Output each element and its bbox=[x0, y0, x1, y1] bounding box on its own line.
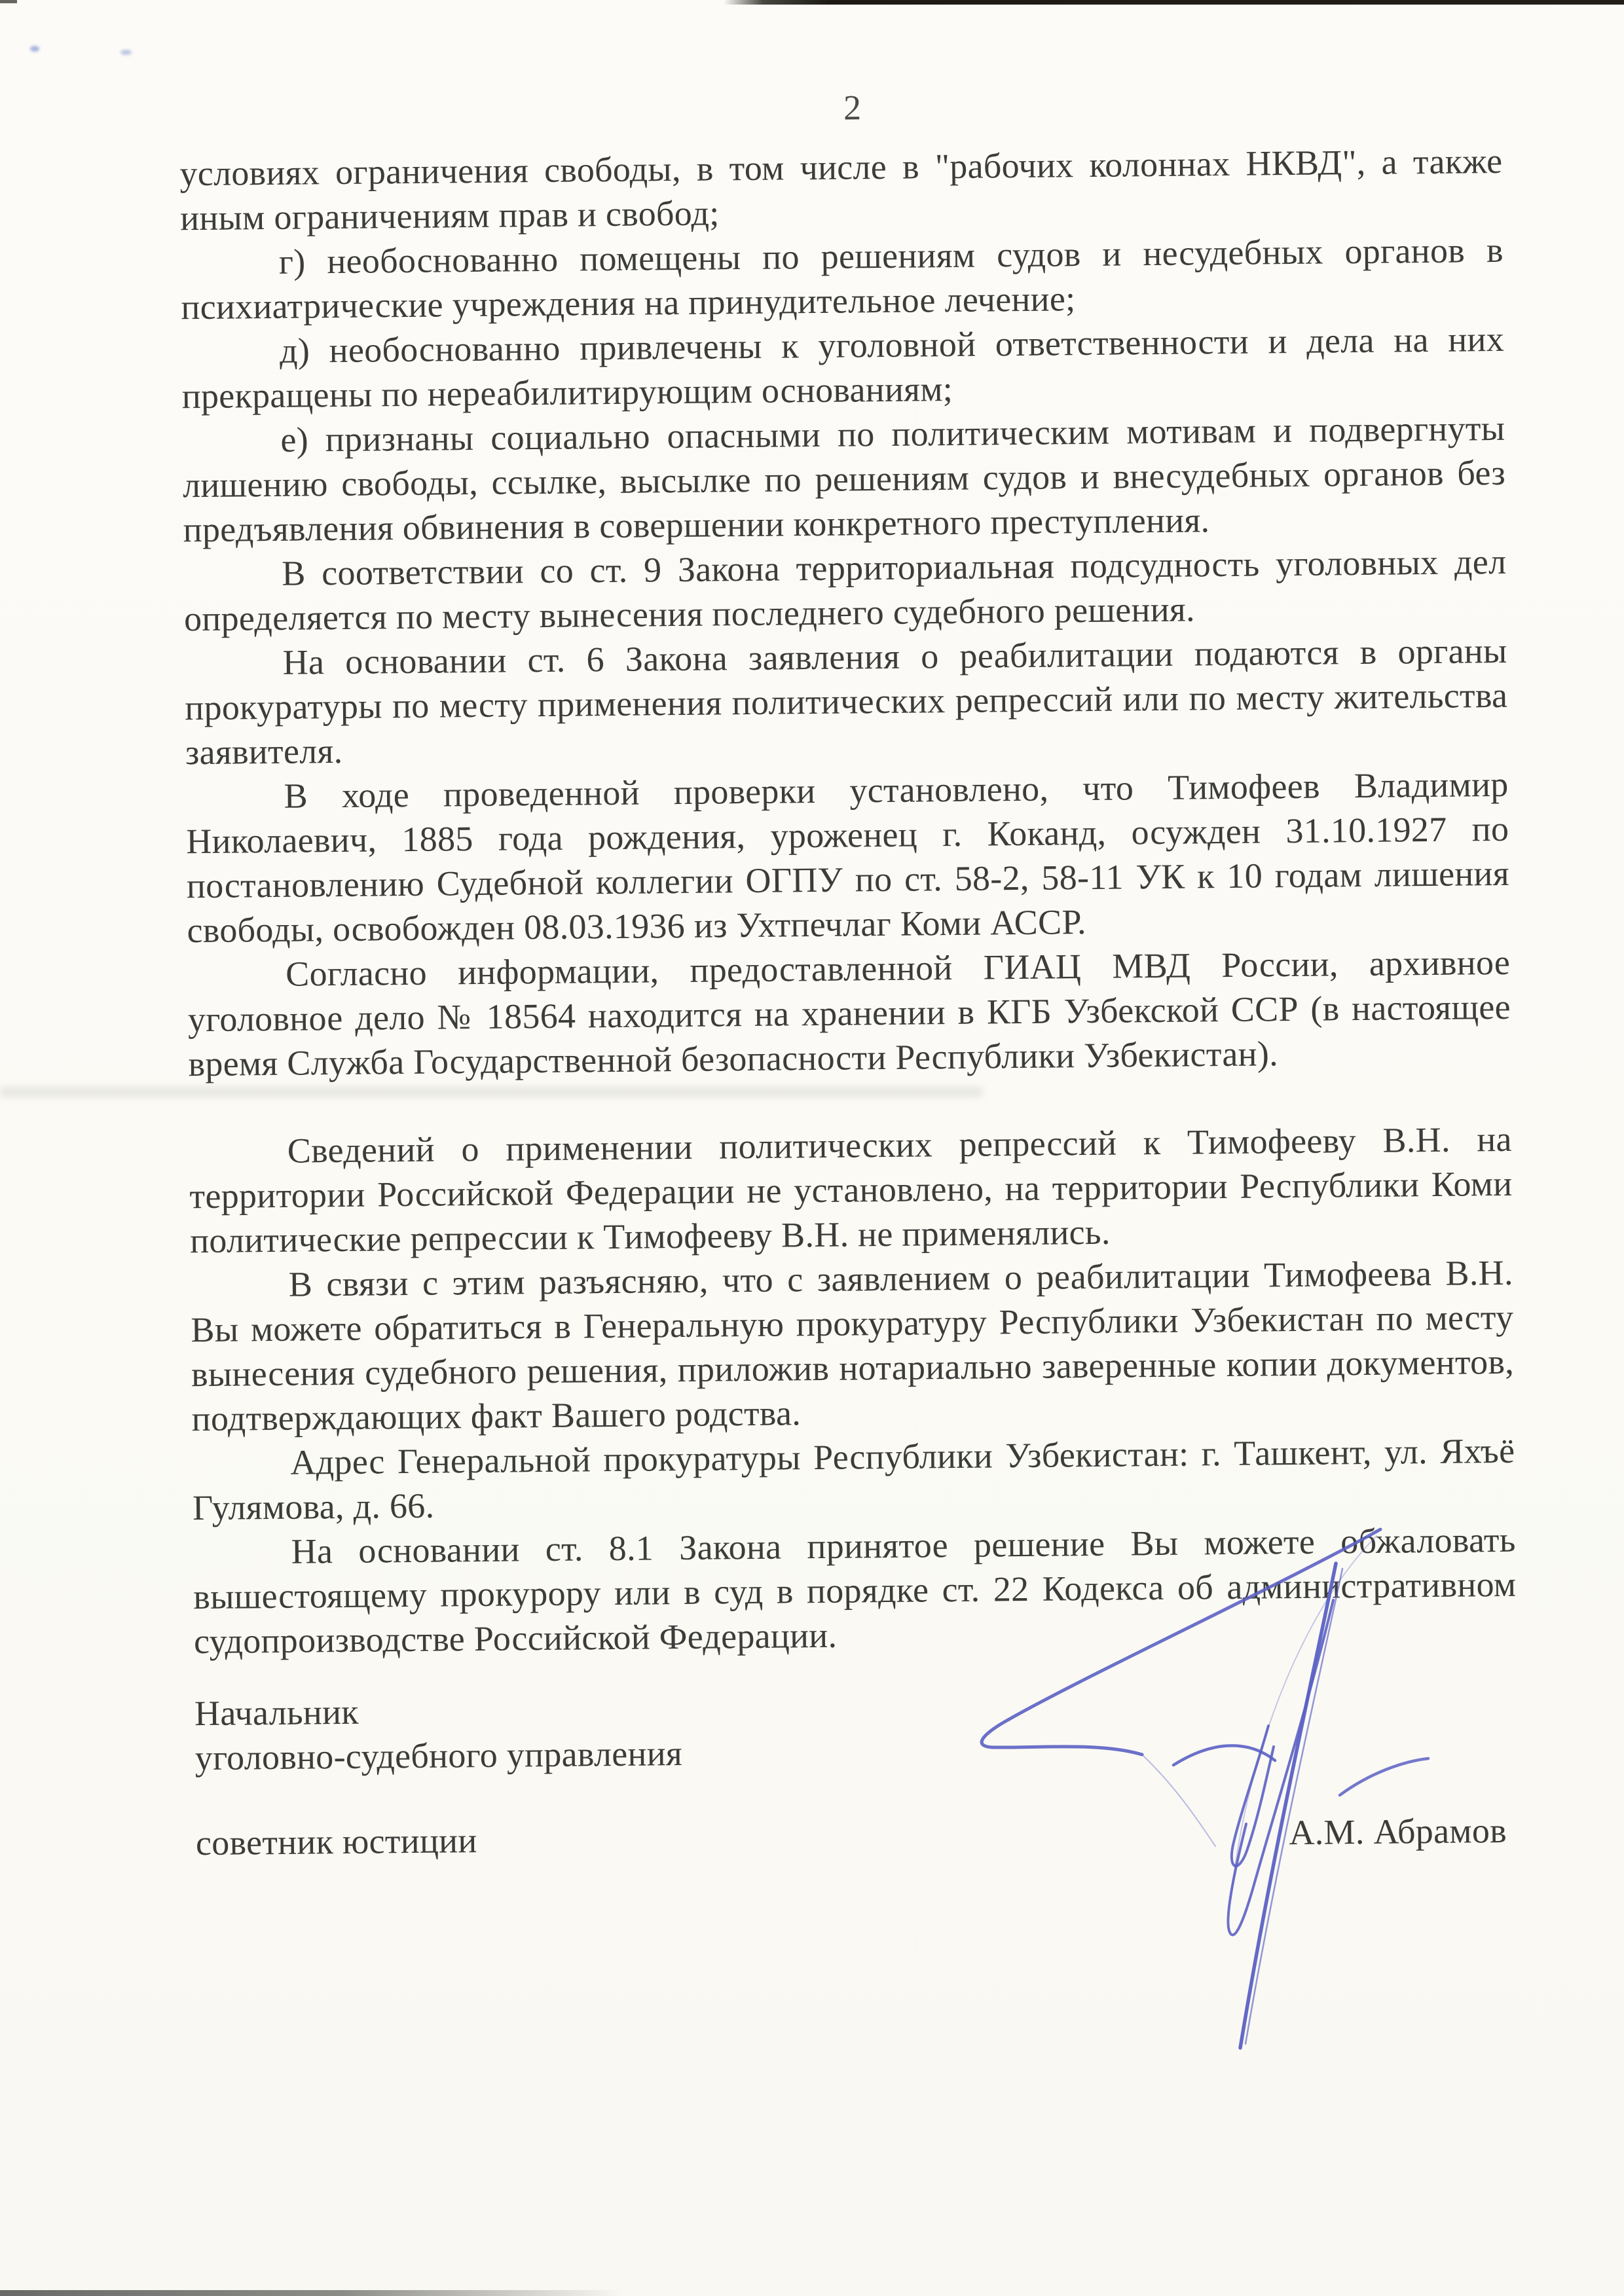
scan-artifact-top-edge bbox=[724, 0, 1624, 5]
paragraph: г) необоснованно помещены по решениям су… bbox=[180, 228, 1504, 329]
paragraph: В связи с этим разъясняю, что с заявлени… bbox=[190, 1250, 1515, 1441]
signature-row: советник юстиции А.М. Абрамов bbox=[196, 1808, 1519, 1865]
paragraph: д) необоснованно привлечены к уголовной … bbox=[181, 317, 1505, 418]
scanned-letter-page: 2 условиях ограничения свободы, в том чи… bbox=[0, 0, 1624, 2296]
paragraphs: условиях ограничения свободы, в том числ… bbox=[179, 139, 1517, 1664]
paragraph: Адрес Генеральной прокуратуры Республики… bbox=[192, 1429, 1515, 1530]
scan-artifact-ink-speck bbox=[120, 50, 132, 55]
paragraph: е) признаны социально опасными по полити… bbox=[182, 406, 1506, 552]
paragraph: В соответствии со ст. 9 Закона территори… bbox=[183, 539, 1507, 641]
paragraph: На основании ст. 8.1 Закона принятое реш… bbox=[193, 1518, 1517, 1664]
signer-rank: советник юстиции bbox=[196, 1818, 477, 1865]
paragraph: На основании ст. 6 Закона заявления о ре… bbox=[184, 629, 1508, 774]
scan-artifact-bottom-edge bbox=[0, 2290, 622, 2296]
paragraph: условиях ограничения свободы, в том числ… bbox=[179, 139, 1503, 240]
paragraph: Сведений о применении политических репре… bbox=[189, 1117, 1513, 1263]
paragraph: Согласно информации, предоставленной ГИА… bbox=[187, 940, 1511, 1086]
paragraph: В ходе проведенной проверки установлено,… bbox=[185, 762, 1510, 953]
signature-block: Начальник уголовно-судебного управления … bbox=[194, 1679, 1519, 1865]
signer-name: А.М. Абрамов bbox=[1289, 1808, 1507, 1855]
scan-artifact-top-left-edge bbox=[0, 0, 17, 3]
letter-body: условиях ограничения свободы, в том числ… bbox=[179, 139, 1519, 1865]
scan-artifact-ink-speck bbox=[30, 46, 39, 52]
page-number: 2 bbox=[843, 87, 862, 128]
